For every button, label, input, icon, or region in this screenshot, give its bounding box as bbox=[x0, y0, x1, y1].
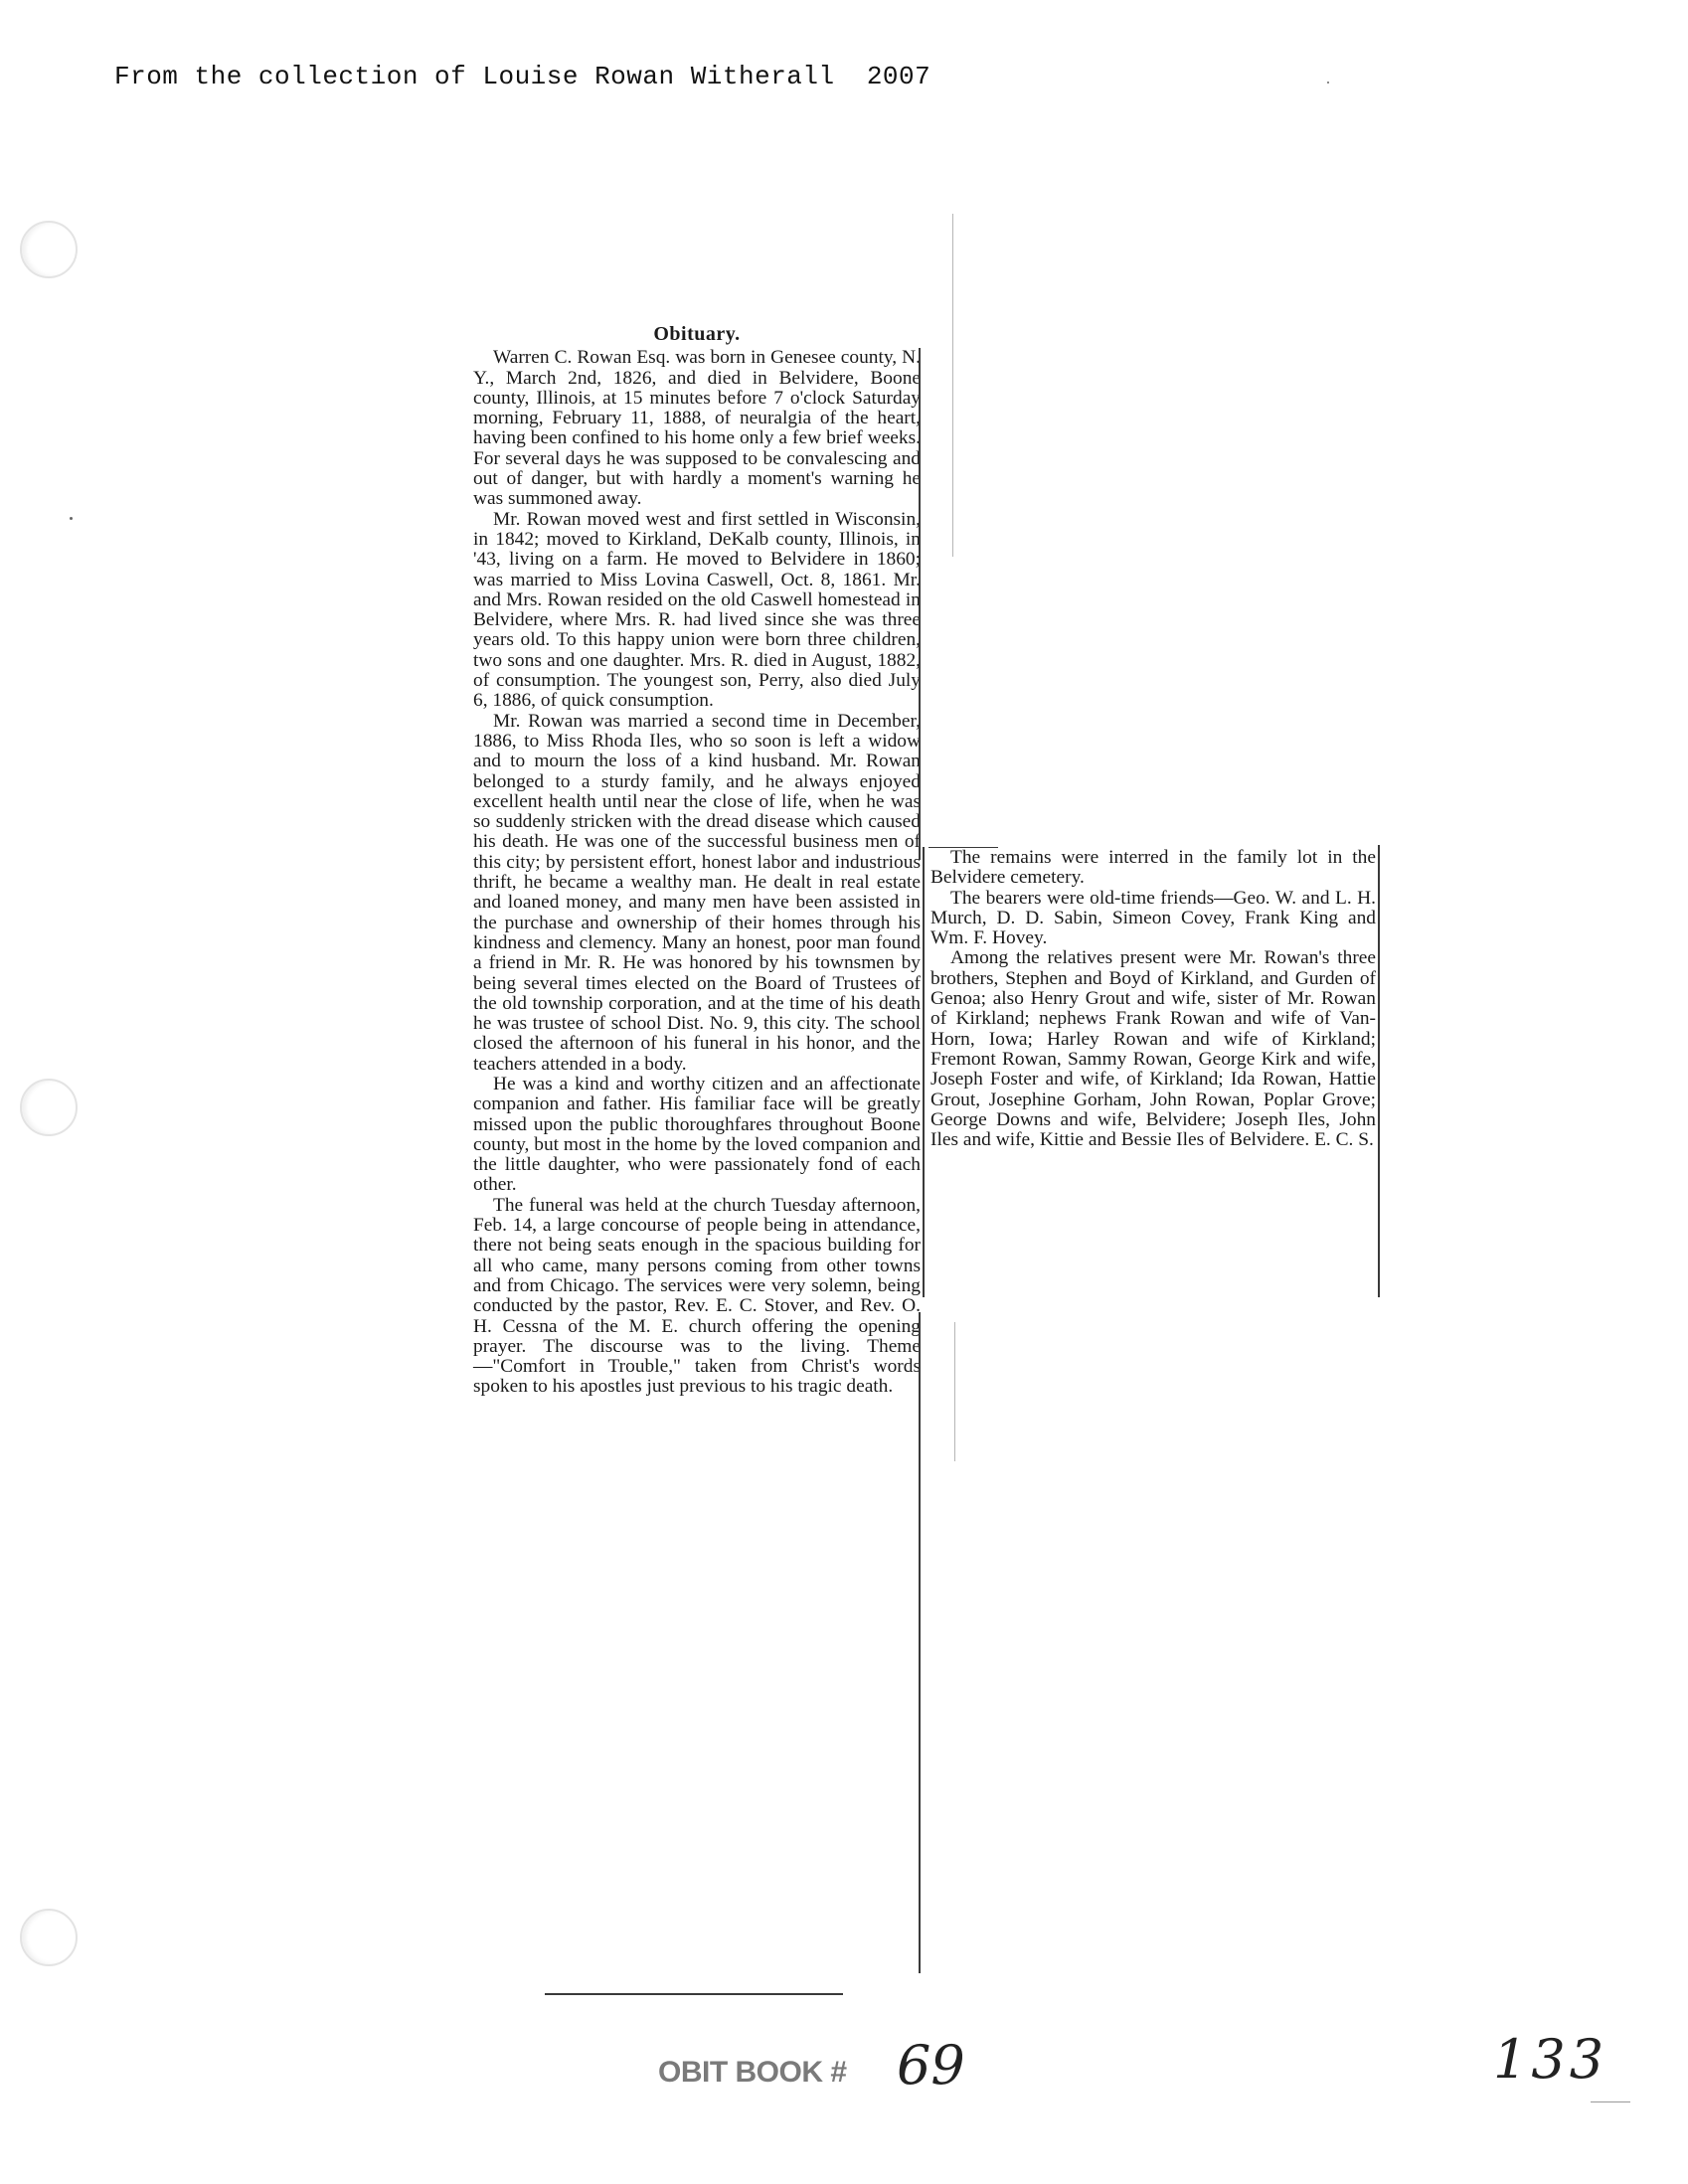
binder-hole-middle bbox=[20, 1079, 78, 1136]
handwritten-page-number: 133 bbox=[1493, 2028, 1607, 2091]
column-divider-faint bbox=[952, 214, 953, 557]
obituary-paragraph: The funeral was held at the church Tuesd… bbox=[473, 1196, 921, 1398]
obituary-paragraph: The bearers were old-time friends—Geo. W… bbox=[930, 889, 1376, 949]
column-divider-faint bbox=[954, 1322, 955, 1461]
handwritten-book-number: 69 bbox=[897, 2034, 965, 2097]
obituary-right-column: The remains were interred in the family … bbox=[930, 848, 1376, 1150]
box-right-rule bbox=[1378, 845, 1380, 1297]
column-divider bbox=[919, 1312, 921, 1973]
page-number-underline bbox=[1591, 2101, 1630, 2102]
obituary-paragraph: Mr. Rowan moved west and first settled i… bbox=[473, 510, 921, 712]
obituary-paragraph: Among the relatives present were Mr. Row… bbox=[930, 948, 1376, 1150]
obituary-paragraph: Mr. Rowan was married a second time in D… bbox=[473, 712, 921, 1075]
binder-hole-top bbox=[20, 221, 78, 278]
obituary-title: Obituary. bbox=[473, 324, 921, 344]
speck bbox=[70, 517, 73, 520]
column-end-rule bbox=[545, 1993, 843, 1995]
obit-book-stamp: OBIT BOOK # bbox=[658, 2056, 847, 2090]
binder-hole-bottom bbox=[20, 1909, 78, 1966]
obituary-left-column: Obituary. Warren C. Rowan Esq. was born … bbox=[473, 320, 921, 1398]
obituary-paragraph: He was a kind and worthy citizen and an … bbox=[473, 1075, 921, 1196]
column-divider bbox=[919, 348, 921, 860]
speck bbox=[1327, 82, 1329, 84]
obituary-paragraph: Warren C. Rowan Esq. was born in Genesee… bbox=[473, 348, 921, 509]
obituary-paragraph: The remains were interred in the family … bbox=[930, 848, 1376, 889]
collection-note: From the collection of Louise Rowan With… bbox=[114, 62, 930, 91]
box-left-rule bbox=[923, 847, 925, 1297]
